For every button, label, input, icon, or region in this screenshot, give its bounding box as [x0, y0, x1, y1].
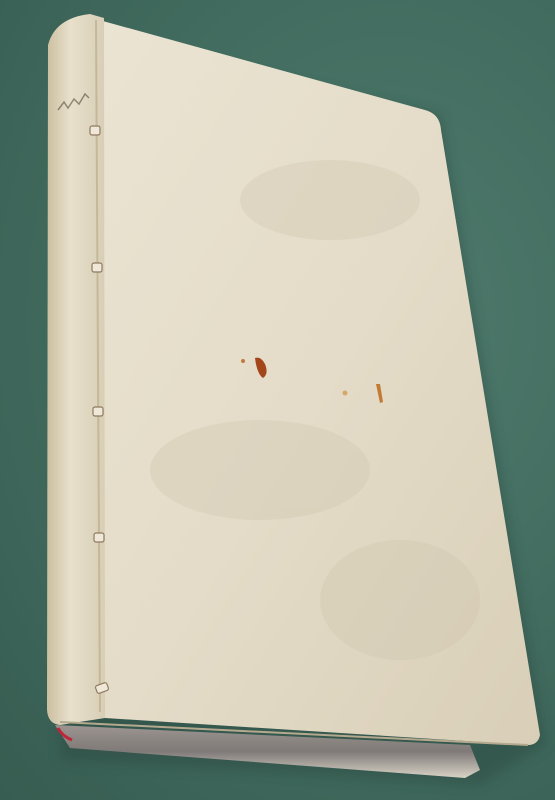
book-illustration [0, 0, 555, 800]
front-cover [92, 18, 540, 745]
faint-stain [343, 391, 348, 396]
small-stain [241, 359, 245, 363]
photo-scene: Vellum-bound book lying on green cloth [0, 0, 555, 800]
